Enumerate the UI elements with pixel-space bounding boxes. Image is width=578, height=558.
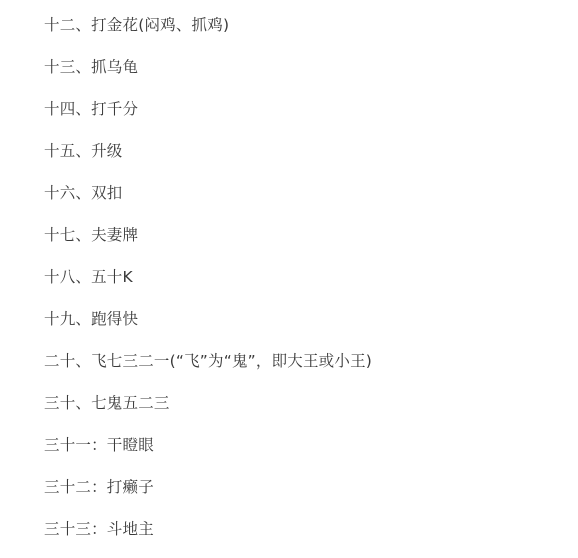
article-body: 十二、打金花(闷鸡、抓鸡) 十三、抓乌龟 十四、打千分 十五、升级 十六、双扣 … bbox=[44, 0, 578, 546]
list-item-shengji: 十五、升级 bbox=[44, 126, 578, 168]
list-item-gandengyan: 三十一：干瞪眼 bbox=[44, 420, 578, 462]
list-item-doudizhu: 三十三：斗地主 bbox=[44, 504, 578, 546]
list-item-paodekuai: 十九、跑得快 bbox=[44, 294, 578, 336]
list-item-wushik: 十八、五十K bbox=[44, 252, 578, 294]
list-item-feiqisaneryi: 二十、飞七三二一(“飞”为“鬼”，即大王或小王) bbox=[44, 336, 578, 378]
list-item-zhuawugui: 十三、抓乌龟 bbox=[44, 42, 578, 84]
list-item-daqianfen: 十四、打千分 bbox=[44, 84, 578, 126]
list-item-dalaizi: 三十二：打癞子 bbox=[44, 462, 578, 504]
list-item-qiguiwuersan: 三十、七鬼五二三 bbox=[44, 378, 578, 420]
list-item-shuangkou: 十六、双扣 bbox=[44, 168, 578, 210]
list-item-jinhua: 十二、打金花(闷鸡、抓鸡) bbox=[44, 0, 578, 42]
list-item-fuqipai: 十七、夫妻牌 bbox=[44, 210, 578, 252]
